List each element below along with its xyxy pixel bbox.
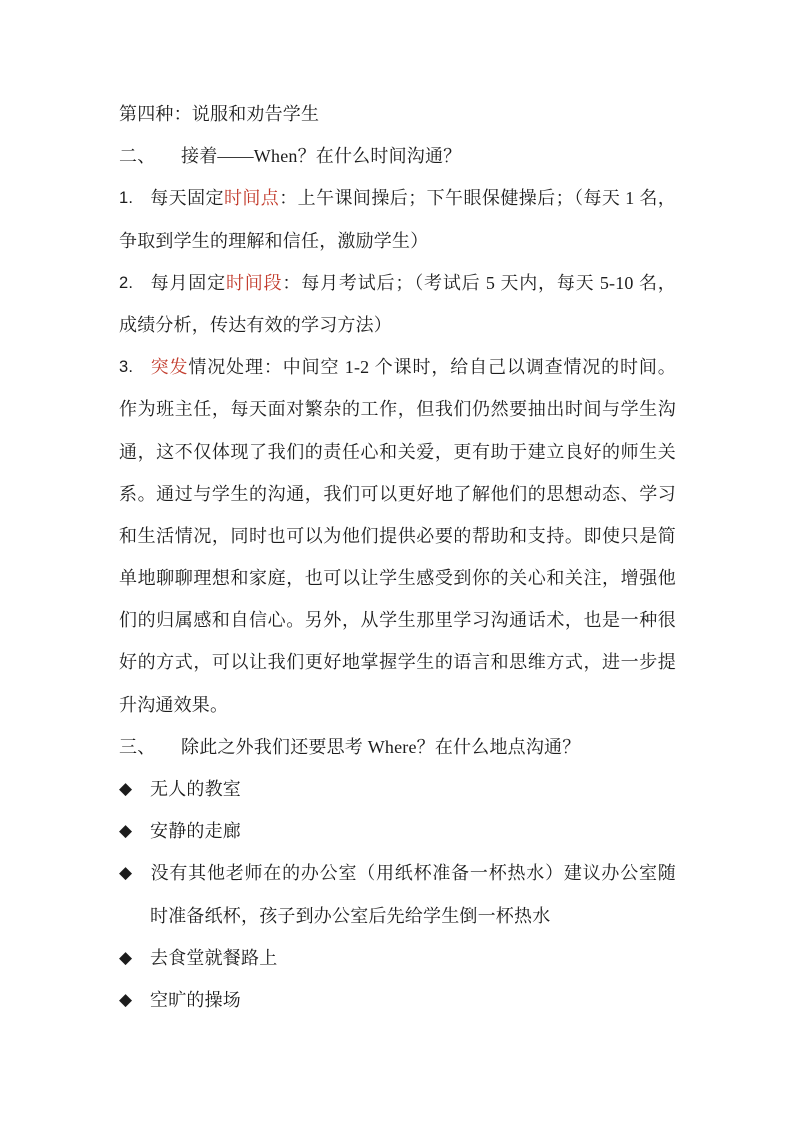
text-segment: ：上午课间操后；下午眼保健操后；（每天 1 名， bbox=[279, 188, 676, 208]
text-segment: 安静的走廊 bbox=[150, 821, 241, 841]
text-segment: 接着——When？在什么时间沟通？ bbox=[181, 146, 461, 166]
body-paragraph-line: 作为班主任，每天面对繁杂的工作，但我们仍然要抽出时间与学生沟 bbox=[119, 388, 676, 430]
document-content: 第四种：说服和劝告学生二、接着——When？在什么时间沟通？1.每天固定时间点：… bbox=[119, 93, 676, 1021]
diamond-bullet-icon: ◆ bbox=[119, 937, 150, 979]
text-segment: 无人的教室 bbox=[150, 779, 241, 799]
text-segment: 作为班主任，每天面对繁杂的工作，但我们仍然要抽出时间与学生沟 bbox=[119, 399, 676, 419]
diamond-bullet-icon: ◆ bbox=[119, 979, 150, 1021]
body-paragraph-line: 升沟通效果。 bbox=[119, 684, 676, 726]
list-number-marker: 2. bbox=[119, 262, 150, 304]
text-segment: 每天固定 bbox=[150, 188, 224, 208]
text-segment: 第四种：说服和劝告学生 bbox=[119, 104, 319, 124]
bullet-item-classroom: ◆无人的教室 bbox=[119, 768, 676, 810]
text-segment: 除此之外我们还要思考 Where？在什么地点沟通？ bbox=[181, 737, 580, 757]
body-paragraph-line: 单地聊聊理想和家庭，也可以让学生感受到你的关心和关注，增强他 bbox=[119, 557, 676, 599]
bullet-item-canteen: ◆去食堂就餐路上 bbox=[119, 937, 676, 979]
body-paragraph-line: 们的归属感和自信心。另外，从学生那里学习沟通话术，也是一种很 bbox=[119, 599, 676, 641]
text-segment: 和生活情况，同时也可以为他们提供必要的帮助和支持。即使只是简 bbox=[119, 526, 676, 546]
section-number-marker: 三、 bbox=[119, 726, 181, 768]
section-4-heading: 第四种：说服和劝告学生 bbox=[119, 93, 676, 135]
text-segment: 去食堂就餐路上 bbox=[150, 948, 277, 968]
body-paragraph-line: 系。通过与学生的沟通，我们可以更好地了解他们的思想动态、学习 bbox=[119, 473, 676, 515]
list-number-marker: 1. bbox=[119, 177, 150, 219]
body-paragraph-line: 好的方式，可以让我们更好地掌握学生的语言和思维方式，进一步提 bbox=[119, 641, 676, 683]
body-paragraph-line: 通，这不仅体现了我们的责任心和关爱，更有助于建立良好的师生关 bbox=[119, 431, 676, 473]
text-segment: 升沟通效果。 bbox=[119, 695, 228, 715]
list-number-marker: 3. bbox=[119, 346, 150, 388]
numbered-item-2-line-1: 2.每月固定时间段：每月考试后；（考试后 5 天内，每天 5-10 名， bbox=[119, 262, 676, 304]
text-segment: 情况处理：中间空 1-2 个课时，给自己以调查情况的时间。 bbox=[188, 357, 676, 377]
section-number-marker: 二、 bbox=[119, 135, 181, 177]
text-segment: ：每月考试后；（考试后 5 天内，每天 5-10 名， bbox=[282, 273, 676, 293]
diamond-bullet-icon: ◆ bbox=[119, 768, 150, 810]
text-segment: 成绩分析，传达有效的学习方法） bbox=[119, 315, 392, 335]
bullet-item-office-line-2: 时准备纸杯，孩子到办公室后先给学生倒一杯热水 bbox=[119, 895, 676, 937]
text-segment: 空旷的操场 bbox=[150, 990, 241, 1010]
bullet-item-office-line-1: ◆没有其他老师在的办公室（用纸杯准备一杯热水）建议办公室随 bbox=[119, 852, 676, 894]
red-highlight-text: 突发 bbox=[150, 357, 188, 377]
text-segment: 每月固定 bbox=[150, 273, 226, 293]
bullet-item-playground: ◆空旷的操场 bbox=[119, 979, 676, 1021]
numbered-item-1-line-1: 1.每天固定时间点：上午课间操后；下午眼保健操后；（每天 1 名， bbox=[119, 177, 676, 219]
text-segment: 通，这不仅体现了我们的责任心和关爱，更有助于建立良好的师生关 bbox=[119, 442, 676, 462]
heading-where: 三、除此之外我们还要思考 Where？在什么地点沟通？ bbox=[119, 726, 676, 768]
red-highlight-text: 时间段 bbox=[226, 273, 282, 293]
bullet-item-corridor: ◆安静的走廊 bbox=[119, 810, 676, 852]
text-segment: 系。通过与学生的沟通，我们可以更好地了解他们的思想动态、学习 bbox=[119, 484, 676, 504]
text-segment: 们的归属感和自信心。另外，从学生那里学习沟通话术，也是一种很 bbox=[119, 610, 676, 630]
text-segment: 单地聊聊理想和家庭，也可以让学生感受到你的关心和关注，增强他 bbox=[119, 568, 676, 588]
text-segment: 没有其他老师在的办公室（用纸杯准备一杯热水）建议办公室随 bbox=[150, 863, 676, 883]
diamond-bullet-icon: ◆ bbox=[119, 810, 150, 852]
text-segment: 争取到学生的理解和信任，激励学生） bbox=[119, 231, 428, 251]
text-segment: 好的方式，可以让我们更好地掌握学生的语言和思维方式，进一步提 bbox=[119, 652, 676, 672]
body-paragraph-line: 和生活情况，同时也可以为他们提供必要的帮助和支持。即使只是简 bbox=[119, 515, 676, 557]
document-page: 第四种：说服和劝告学生二、接着——When？在什么时间沟通？1.每天固定时间点：… bbox=[0, 0, 793, 1122]
numbered-item-2-line-2: 成绩分析，传达有效的学习方法） bbox=[119, 304, 676, 346]
diamond-bullet-icon: ◆ bbox=[119, 852, 150, 894]
numbered-item-1-line-2: 争取到学生的理解和信任，激励学生） bbox=[119, 220, 676, 262]
text-segment: 时准备纸杯，孩子到办公室后先给学生倒一杯热水 bbox=[150, 906, 550, 926]
red-highlight-text: 时间点 bbox=[224, 188, 279, 208]
heading-when: 二、接着——When？在什么时间沟通？ bbox=[119, 135, 676, 177]
numbered-item-3-line-1: 3.突发情况处理：中间空 1-2 个课时，给自己以调查情况的时间。 bbox=[119, 346, 676, 388]
